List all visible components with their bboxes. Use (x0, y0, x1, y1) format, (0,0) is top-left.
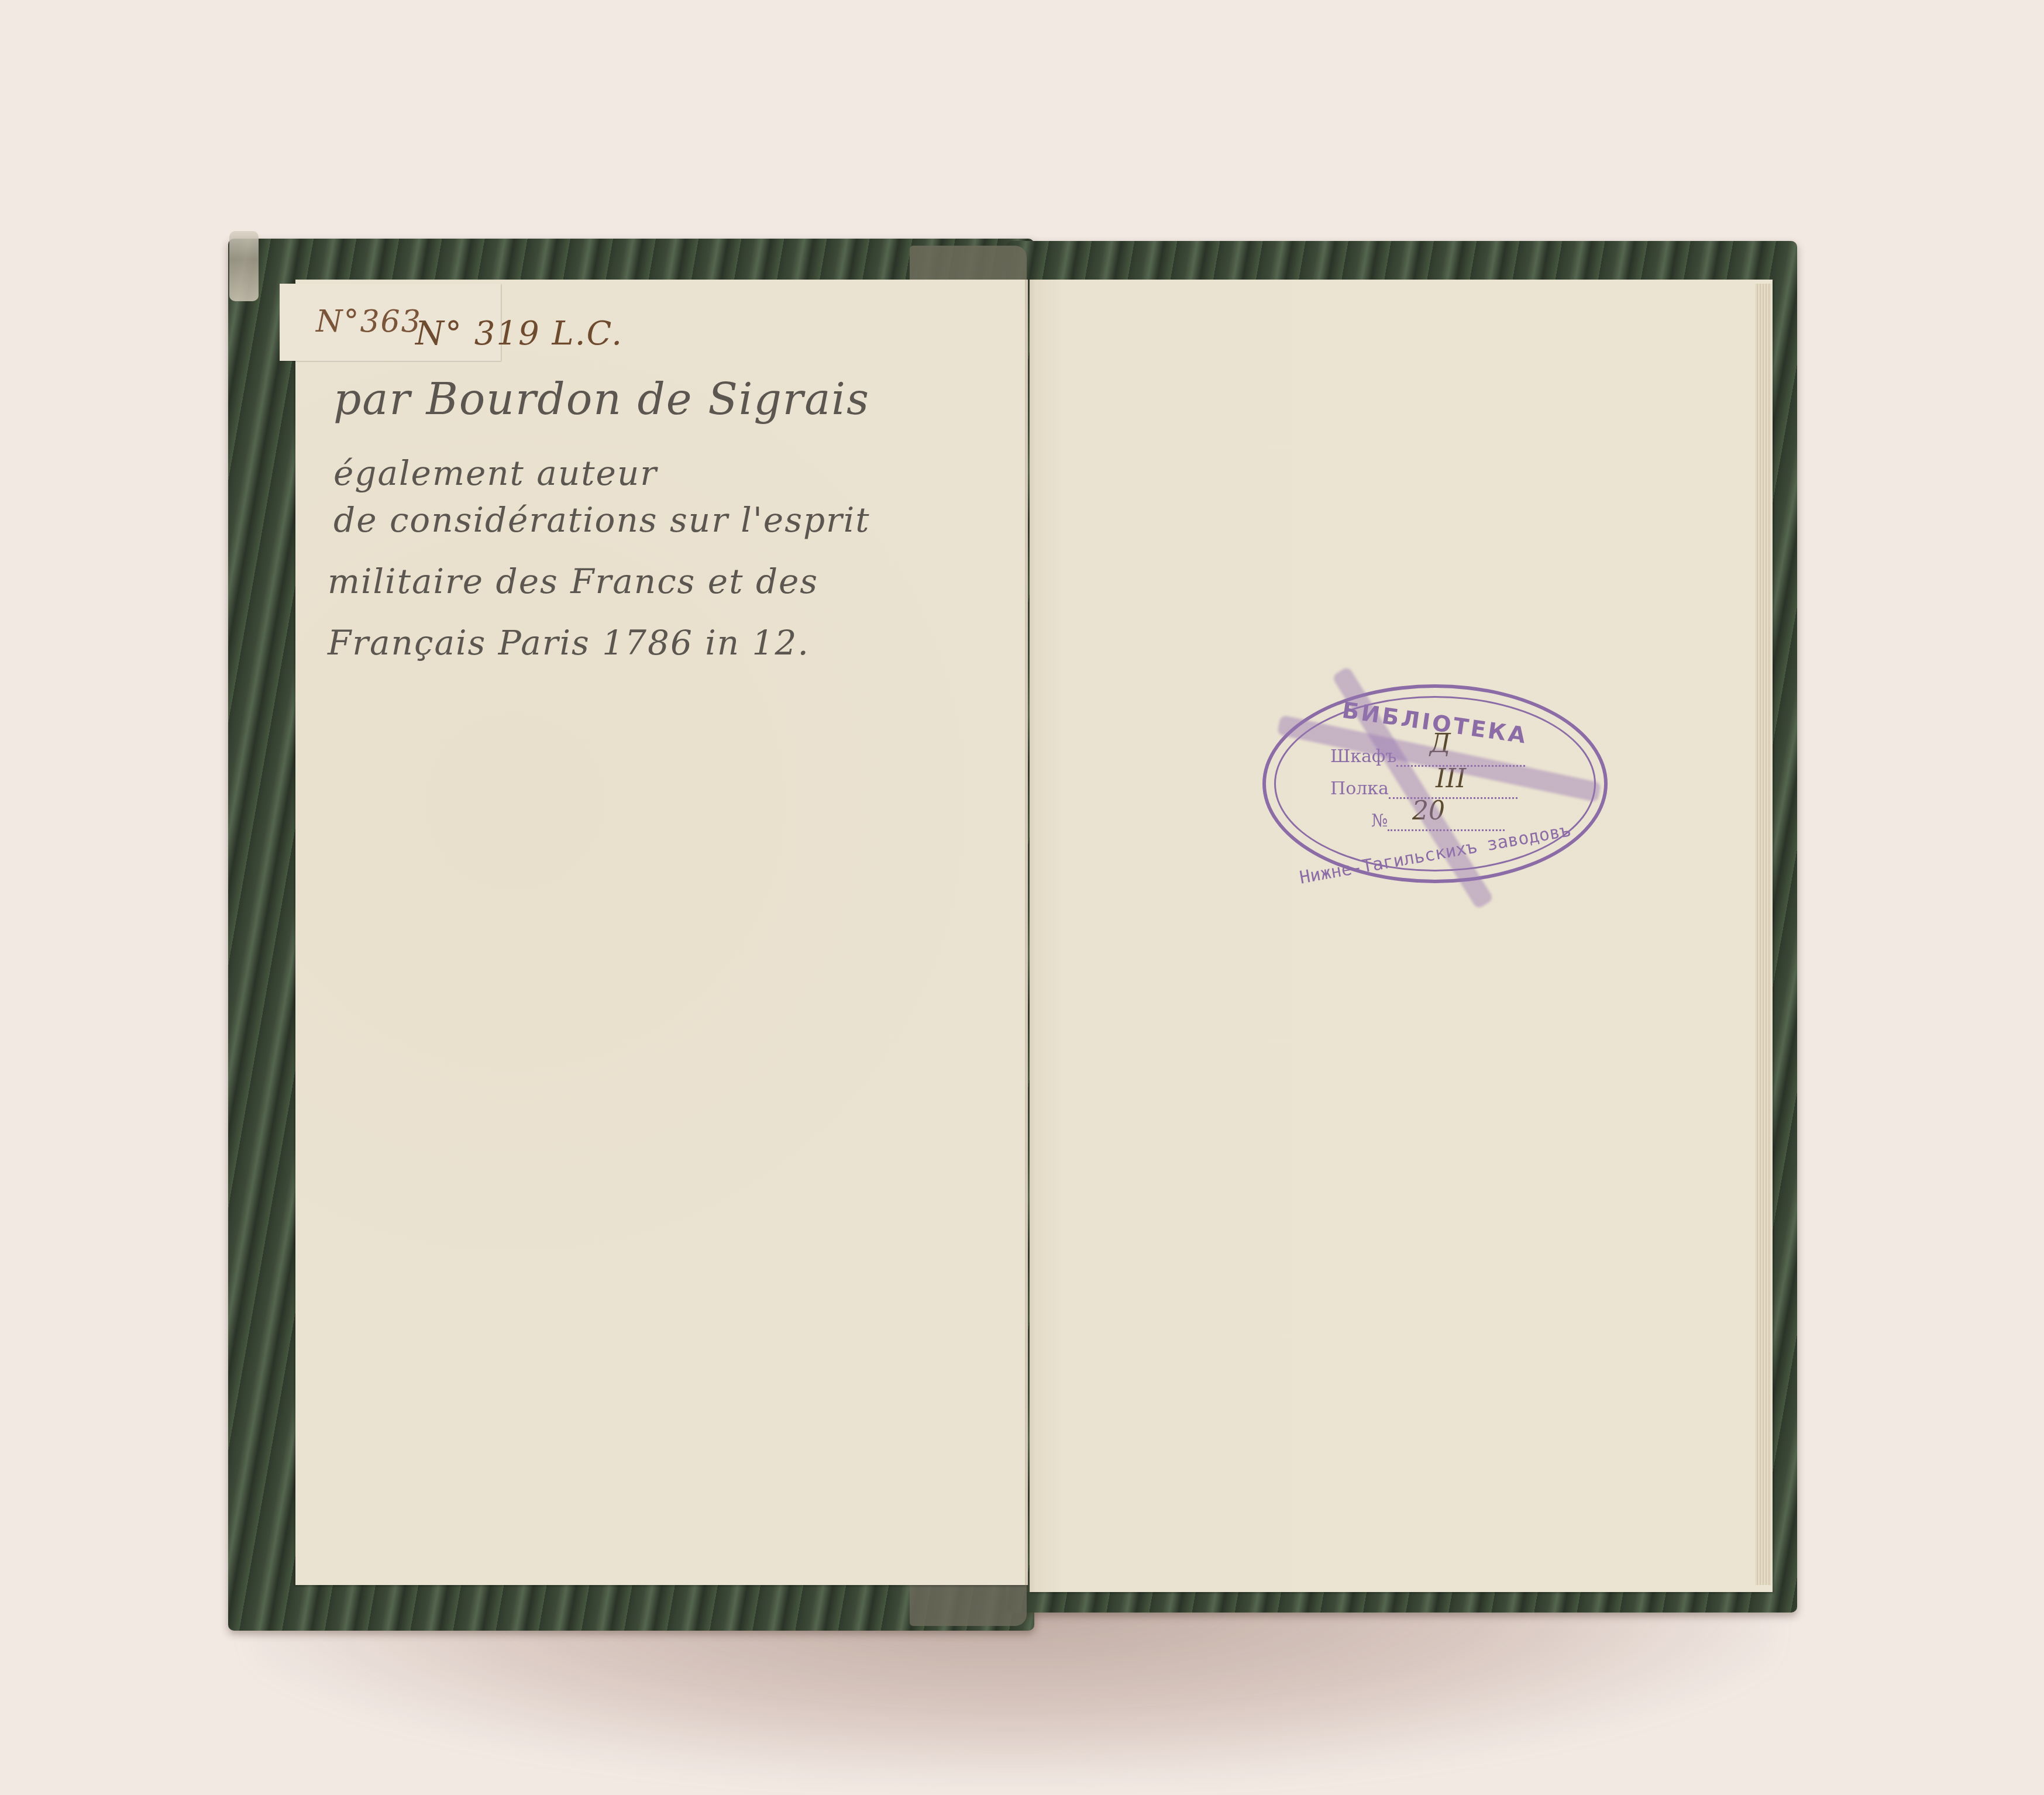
torn-cover-corner (229, 231, 259, 301)
note-line-1: par Bourdon de Sigrais (333, 374, 870, 425)
page-edges (1755, 284, 1771, 1585)
note-line-5: Français Paris 1786 in 12. (328, 623, 810, 663)
right-flyleaf-page (1030, 280, 1773, 1592)
old-inventory-mark: N°363 (316, 304, 422, 339)
spine-gutter (1025, 280, 1035, 1592)
note-line-4: militaire des Francs et des (328, 561, 818, 601)
note-line-2: également auteur (333, 453, 658, 493)
note-line-3: de considérations sur l'esprit (333, 500, 870, 540)
shelfmark: N° 319 L.C. (415, 315, 623, 353)
